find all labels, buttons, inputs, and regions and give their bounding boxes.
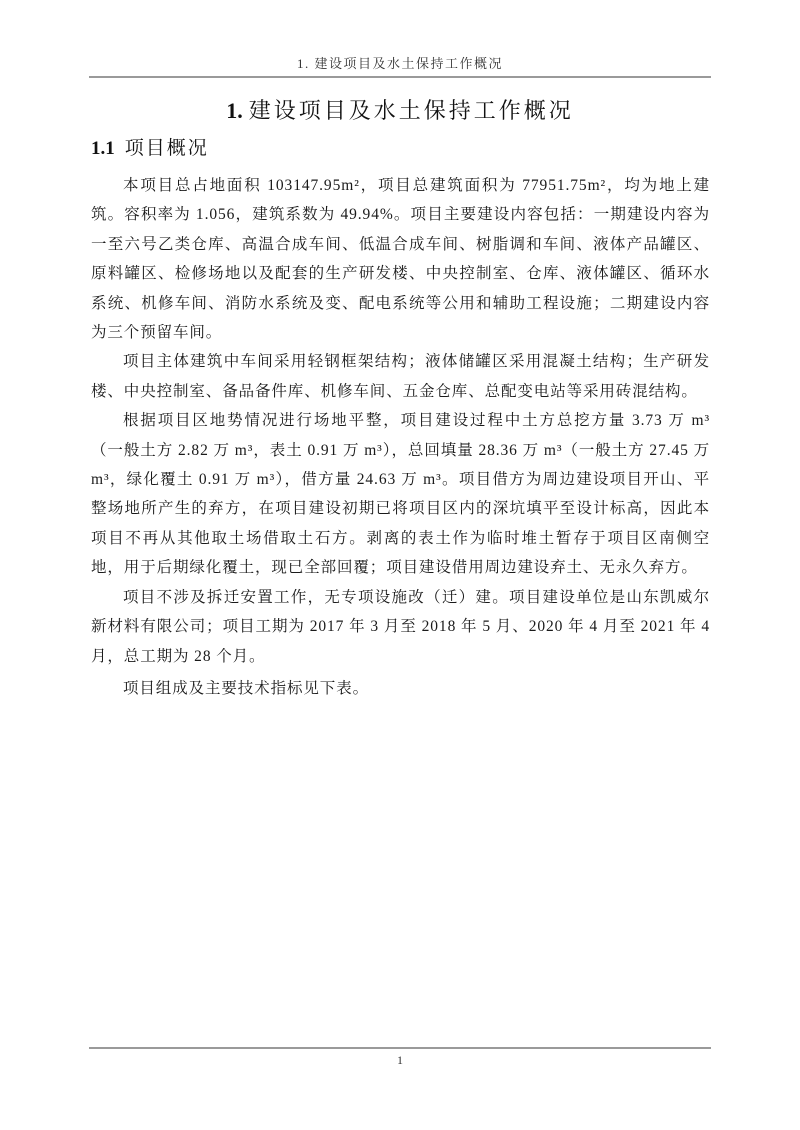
page-footer: 1 bbox=[89, 1047, 711, 1071]
paragraph-schedule: 项目不涉及拆迁安置工作，无专项设施改（迁）建。项目建设单位是山东凯威尔新材料有限… bbox=[91, 583, 710, 671]
chapter-title: 1.建设项目及水土保持工作概况 bbox=[89, 96, 711, 126]
chapter-title-text: 建设项目及水土保持工作概况 bbox=[249, 98, 574, 123]
paragraph-project-area: 本项目总占地面积 103147.95m²，项目总建筑面积为 77951.75m²… bbox=[91, 171, 710, 347]
section-number: 1.1 bbox=[91, 138, 115, 159]
page-number: 1 bbox=[397, 1049, 403, 1071]
paragraph-building-structure: 项目主体建筑中车间采用轻钢框架结构；液体储罐区采用混凝土结构；生产研发楼、中央控… bbox=[91, 347, 710, 406]
chapter-number: 1. bbox=[226, 98, 243, 123]
paragraph-earthwork: 根据项目区地势情况进行场地平整，项目建设过程中土方总挖方量 3.73 万 m³（… bbox=[91, 406, 710, 582]
page-header: 1. 建设项目及水土保持工作概况 bbox=[89, 52, 711, 78]
document-body: 本项目总占地面积 103147.95m²，项目总建筑面积为 77951.75m²… bbox=[91, 171, 710, 703]
paragraph-table-reference: 项目组成及主要技术指标见下表。 bbox=[91, 674, 710, 703]
running-header-title: 1. 建设项目及水土保持工作概况 bbox=[297, 52, 503, 76]
section-heading: 1.1项目概况 bbox=[91, 136, 209, 162]
section-heading-text: 项目概况 bbox=[125, 138, 209, 159]
